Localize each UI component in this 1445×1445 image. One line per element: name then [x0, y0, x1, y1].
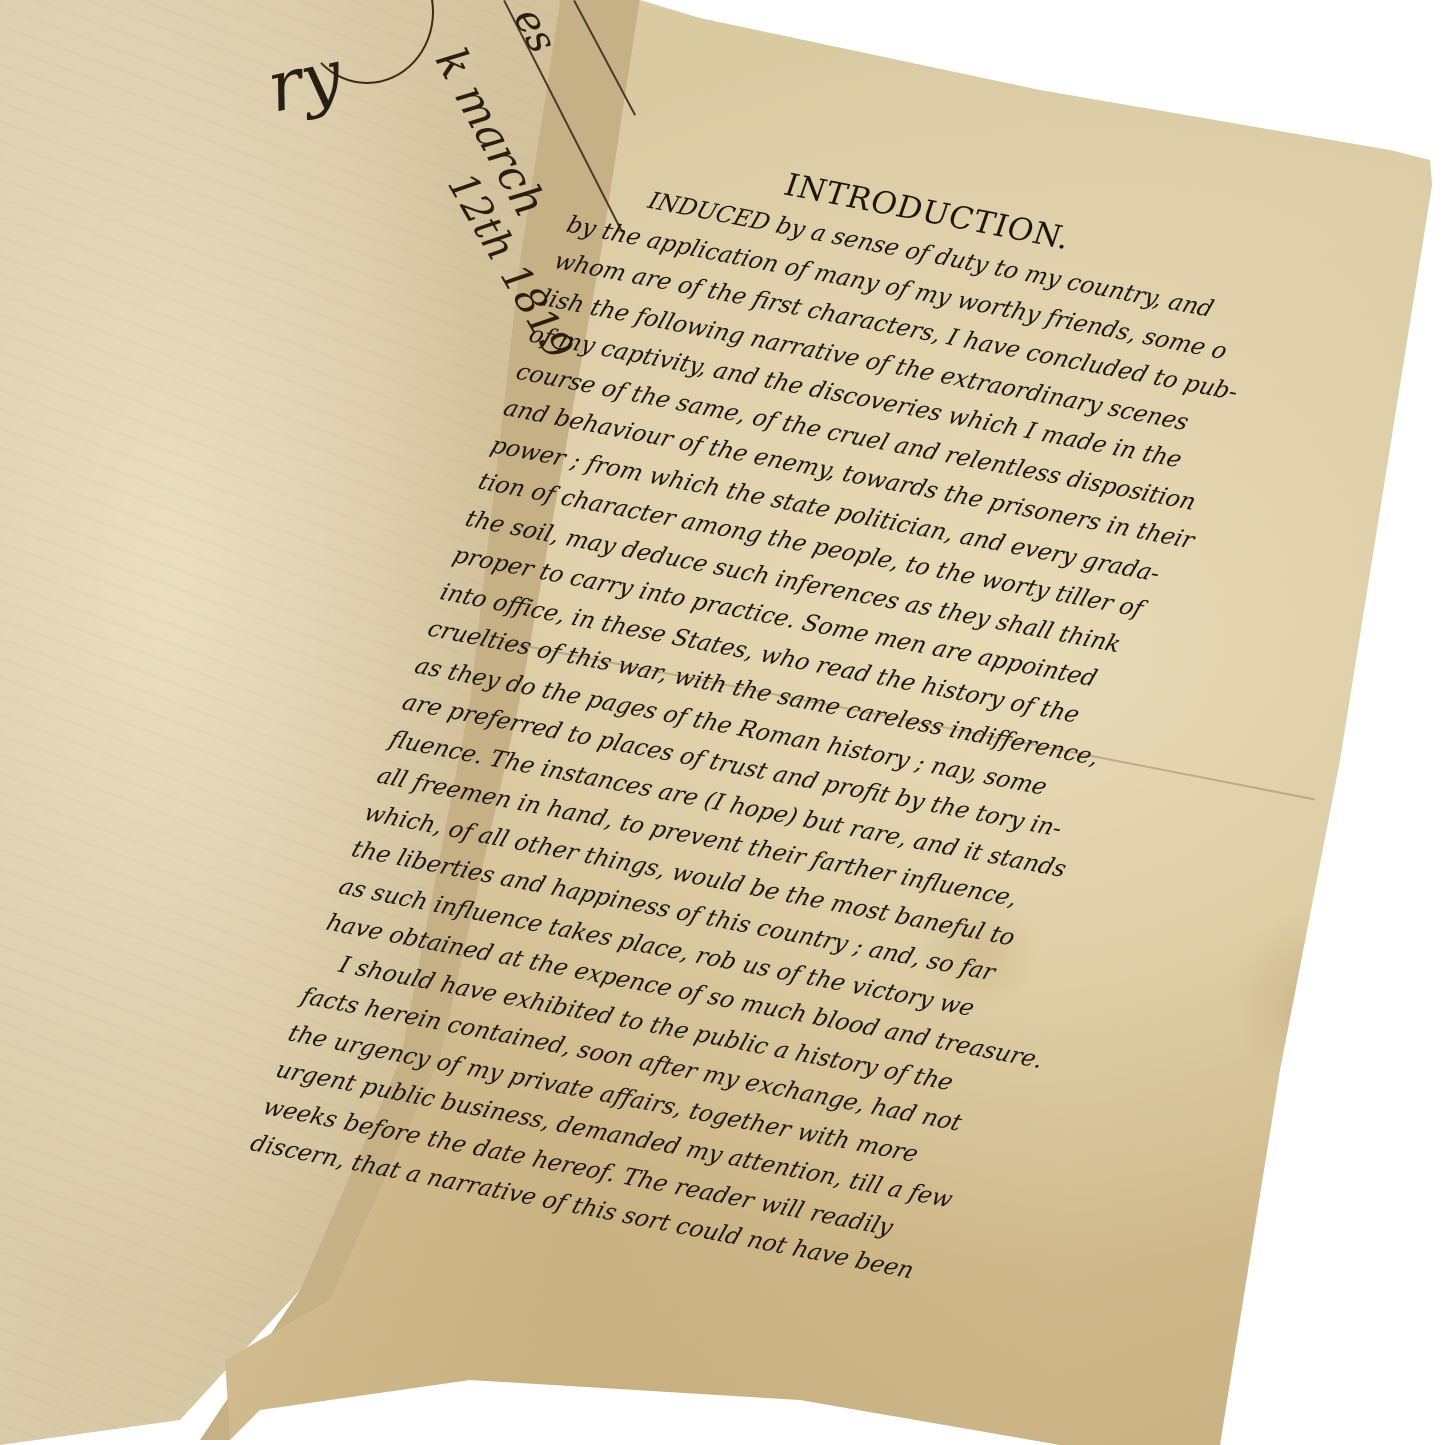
book-photo: ry k march es 12th 1819 INTRODUCTION. IN…	[0, 0, 1445, 1445]
